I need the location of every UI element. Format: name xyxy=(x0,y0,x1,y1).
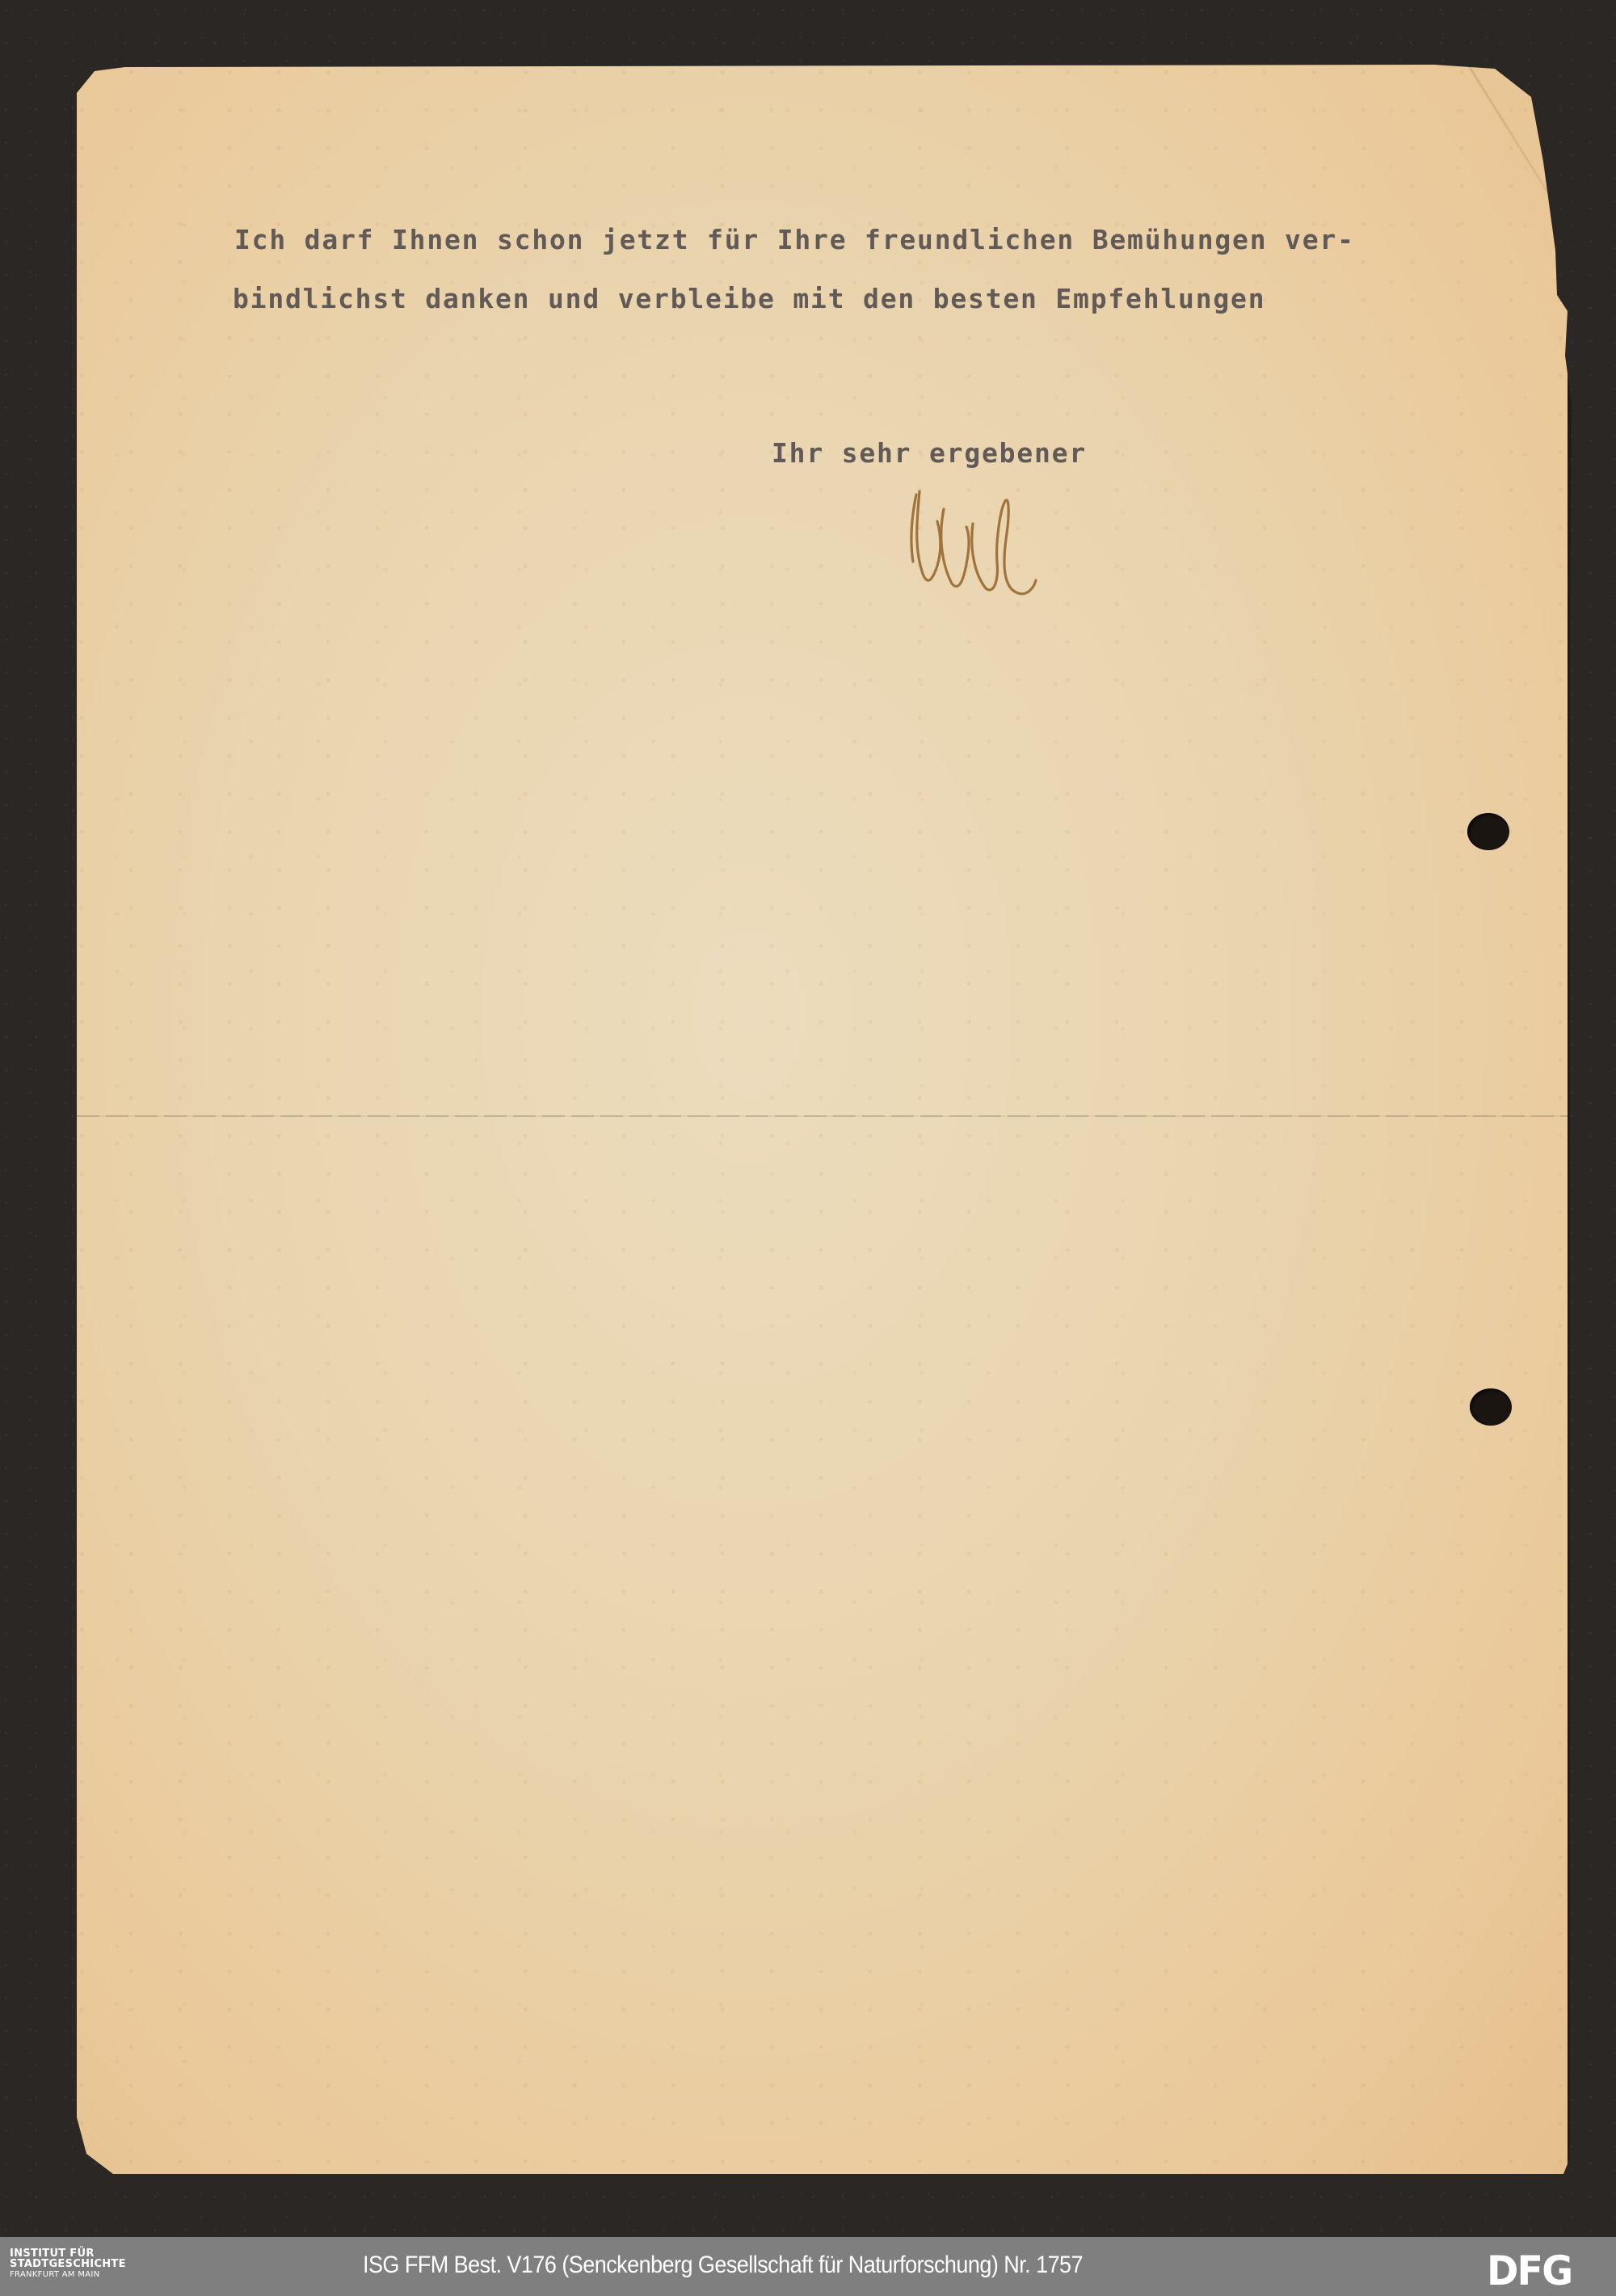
signature-icon xyxy=(905,485,1067,598)
archive-footer: INSTITUT FÜR STADTGESCHICHTE FRANKFURT A… xyxy=(0,2237,1616,2296)
fold-line xyxy=(77,1115,1568,1117)
closing-salutation: Ihr sehr ergebener xyxy=(772,437,1087,469)
body-line: bindlichst danken und verbleibe mit den … xyxy=(233,283,1265,314)
punch-hole-icon xyxy=(1470,1388,1512,1426)
body-line: Ich darf Ihnen schon jetzt für Ihre freu… xyxy=(234,224,1355,255)
institute-location: FRANKFURT AM MAIN xyxy=(10,2269,126,2280)
punch-hole-icon xyxy=(1467,813,1509,850)
institute-logo: INSTITUT FÜR STADTGESCHICHTE FRANKFURT A… xyxy=(10,2248,126,2280)
archive-caption: ISG FFM Best. V176 (Senckenberg Gesellsc… xyxy=(363,2252,1083,2279)
institute-name-line2: STADTGESCHICHTE xyxy=(10,2259,126,2269)
letter-page xyxy=(77,65,1568,2174)
dfg-logo: DFG xyxy=(1487,2251,1572,2291)
